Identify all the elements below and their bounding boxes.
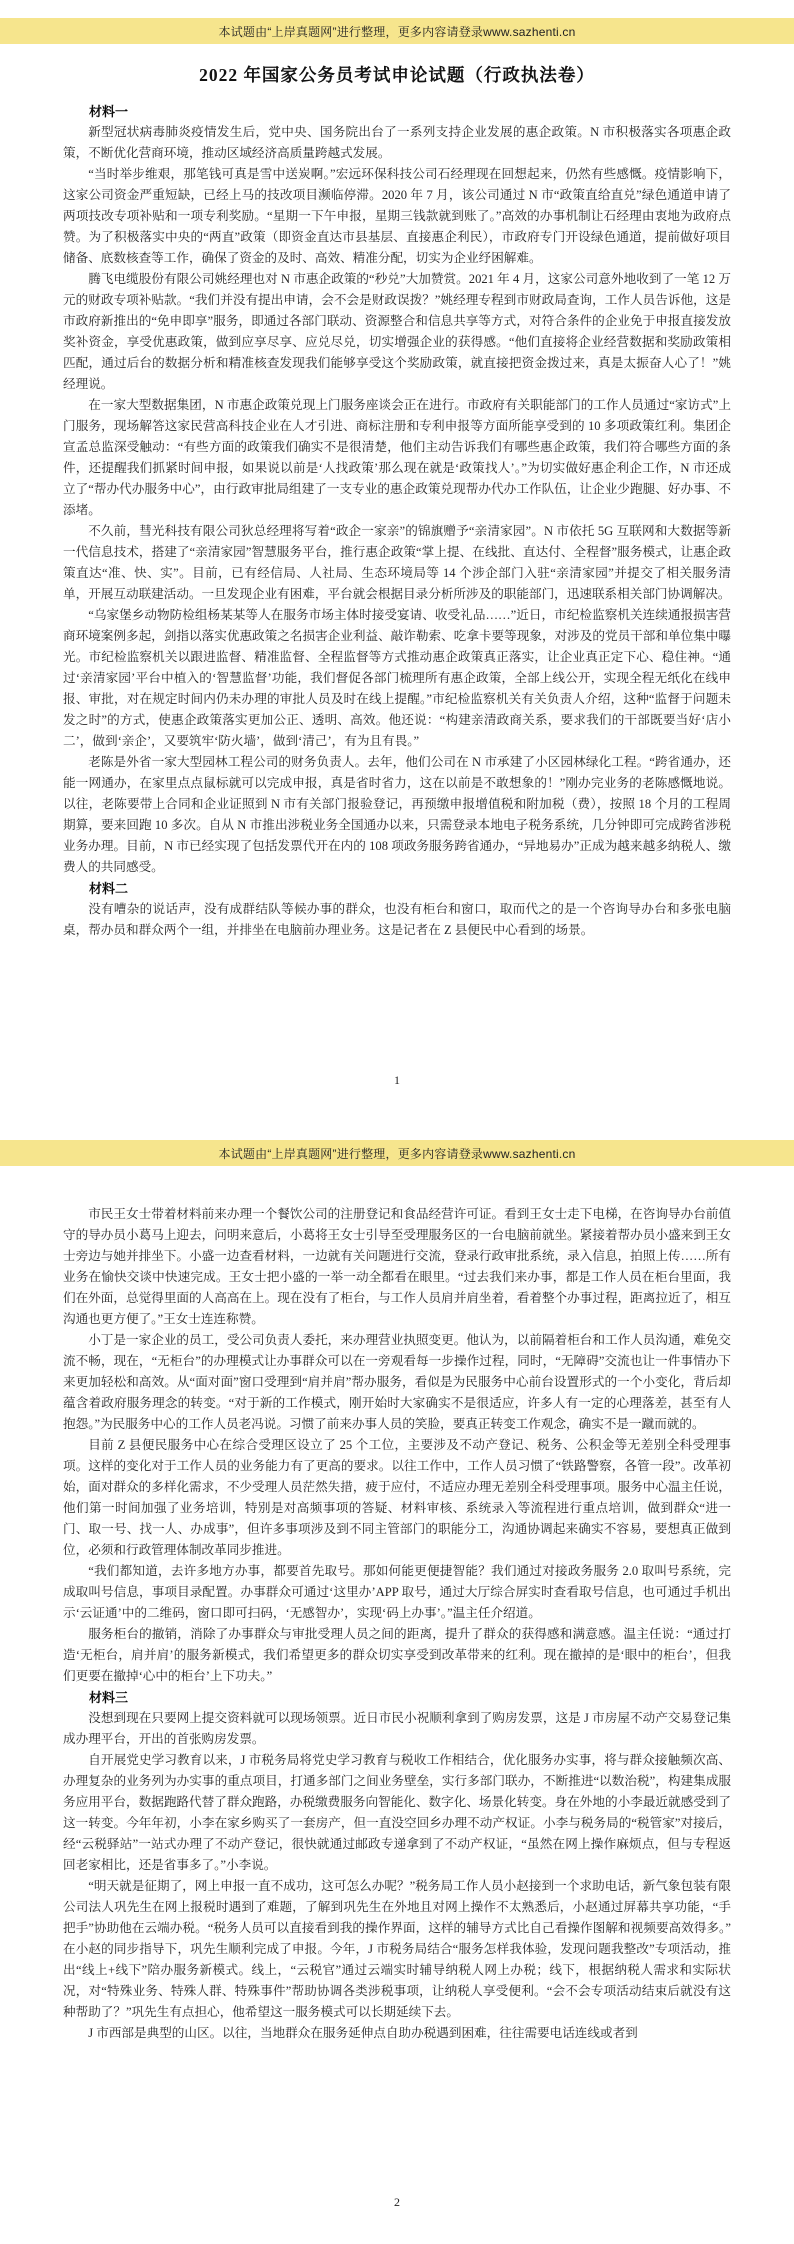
paragraph: 服务柜台的撤销，消除了办事群众与审批受理人员之间的距离，提升了群众的获得感和满意… bbox=[63, 1624, 731, 1687]
paragraph: 市民王女士带着材料前来办理一个餐饮公司的注册登记和食品经营许可证。看到王女士走下… bbox=[63, 1204, 731, 1330]
material-3-heading: 材料三 bbox=[63, 1687, 731, 1708]
paragraph: J 市西部是典型的山区。以往，当地群众在服务延伸点自助办税遇到困难，往往需要电话… bbox=[63, 2023, 731, 2044]
page-number: 1 bbox=[0, 1073, 794, 1088]
paragraph: 自开展党史学习教育以来，J 市税务局将党史学习教育与税收工作相结合，优化服务办实… bbox=[63, 1750, 731, 1876]
page-2-content: 市民王女士带着材料前来办理一个餐饮公司的注册登记和食品经营许可证。看到王女士走下… bbox=[63, 1204, 731, 2044]
paragraph: 不久前，彗光科技有限公司狄总经理将写着“政企一家亲”的锦旗赠予“亲清家园”。N … bbox=[63, 521, 731, 605]
paragraph: “当时举步维艰，那笔钱可真是雪中送炭啊。”宏远环保科技公司石经理现在回想起来，仍… bbox=[63, 164, 731, 269]
paragraph: 没想到现在只要网上提交资料就可以现场领票。近日市民小祝顺利拿到了购房发票，这是 … bbox=[63, 1708, 731, 1750]
header-banner: 本试题由“上岸真题网”进行整理，更多内容请登录www.sazhenti.cn bbox=[0, 1140, 794, 1166]
paragraph: 老陈是外省一家大型园林工程公司的财务负责人。去年，他们公司在 N 市承建了小区园… bbox=[63, 752, 731, 878]
paragraph: “乌家堡乡动物防检组杨某某等人在服务市场主体时接受宴请、收受礼品……”近日，市纪… bbox=[63, 605, 731, 752]
material-1-heading: 材料一 bbox=[63, 101, 731, 122]
page-title: 2022 年国家公务员考试申论试题（行政执法卷） bbox=[40, 62, 754, 87]
paragraph: 目前 Z 县便民服务中心在综合受理区设立了 25 个工位，主要涉及不动产登记、税… bbox=[63, 1435, 731, 1561]
paragraph: 在一家大型数据集团，N 市惠企政策兑现上门服务座谈会正在进行。市政府有关职能部门… bbox=[63, 395, 731, 521]
paragraph: 腾飞电缆股份有限公司姚经理也对 N 市惠企政策的“秒兑”大加赞赏。2021 年 … bbox=[63, 269, 731, 395]
page-1-content: 材料一 新型冠状病毒肺炎疫情发生后，党中央、国务院出台了一系列支持企业发展的惠企… bbox=[63, 101, 731, 941]
paragraph: “我们都知道，去许多地方办事，都要首先取号。那如何能更便捷智能？我们通过对接政务… bbox=[63, 1561, 731, 1624]
document-page-2: 本试题由“上岸真题网”进行整理，更多内容请登录www.sazhenti.cn 市… bbox=[0, 1122, 794, 2244]
paragraph: “明天就是征期了，网上申报一直不成功，这可怎么办呢？”税务局工作人员小赵接到一个… bbox=[63, 1876, 731, 2023]
page-number: 2 bbox=[0, 2195, 794, 2210]
paragraph: 新型冠状病毒肺炎疫情发生后，党中央、国务院出台了一系列支持企业发展的惠企政策。N… bbox=[63, 122, 731, 164]
header-banner-text: 本试题由“上岸真题网”进行整理，更多内容请登录www.sazhenti.cn bbox=[219, 23, 576, 40]
header-banner-text: 本试题由“上岸真题网”进行整理，更多内容请登录www.sazhenti.cn bbox=[219, 1145, 576, 1162]
document-page-1: 本试题由“上岸真题网”进行整理，更多内容请登录www.sazhenti.cn 2… bbox=[0, 0, 794, 1122]
paragraph: 小丁是一家企业的员工，受公司负责人委托，来办理营业执照变更。他认为，以前隔着柜台… bbox=[63, 1330, 731, 1435]
material-2-heading: 材料二 bbox=[63, 878, 731, 899]
header-banner: 本试题由“上岸真题网”进行整理，更多内容请登录www.sazhenti.cn bbox=[0, 18, 794, 44]
paragraph: 没有嘈杂的说话声，没有成群结队等候办事的群众，也没有柜台和窗口，取而代之的是一个… bbox=[63, 899, 731, 941]
